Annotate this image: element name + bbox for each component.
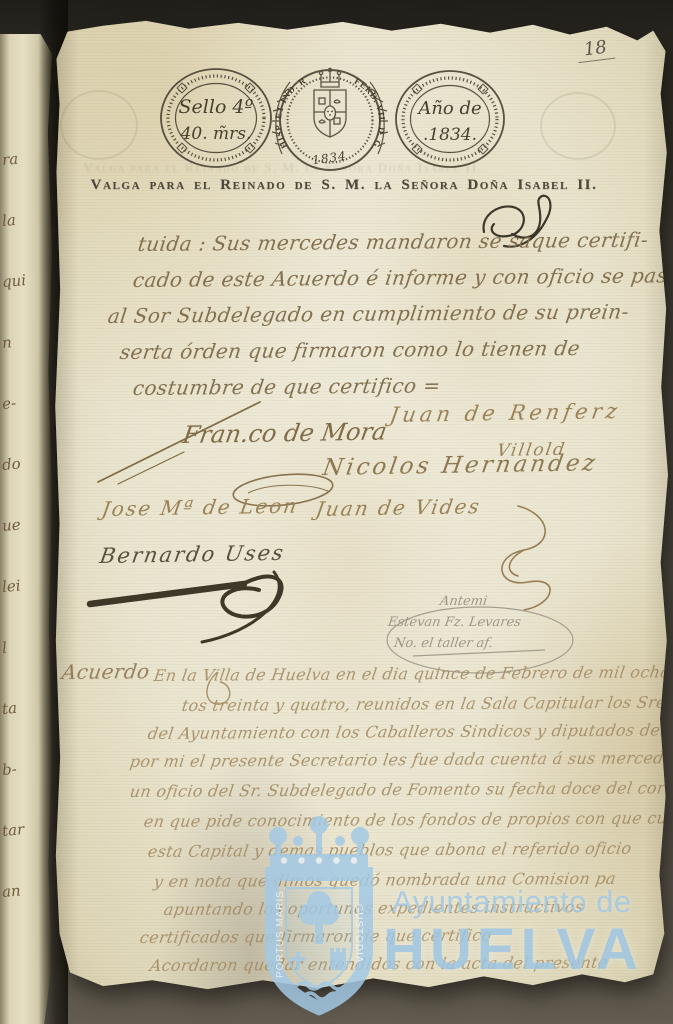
scanned-document-photo: ra la qui n e- do ue lei l ta b- tar an … bbox=[0, 0, 673, 1024]
signature-jose-maria-de-leon: Jose Mª de Leon bbox=[100, 494, 300, 521]
margin-word-acuerdo: Acuerdo bbox=[60, 659, 151, 684]
signature-francisco-de-mora: Fran.co de Mora bbox=[181, 417, 389, 449]
manuscript-page: 18 Sello 4º 40. m̃rs. bbox=[54, 16, 668, 992]
acta-line: y en nota que dimos quedó nombrada una C… bbox=[153, 869, 618, 891]
margin-fragment: e- bbox=[1, 393, 27, 413]
margin-fragment: qui bbox=[1, 271, 27, 291]
ghost-impression: Valga para el Reinado de S. M. la Señora… bbox=[68, 160, 498, 176]
manuscript-line: al Sor Subdelegado en cumplimiento de su… bbox=[106, 299, 630, 328]
svg-text:.1834.: .1834. bbox=[423, 125, 477, 145]
margin-fragment: ue bbox=[1, 515, 27, 535]
margin-fragment: b- bbox=[1, 759, 27, 779]
acta-line: En la Villa de Huelva en el dia quince d… bbox=[153, 662, 673, 685]
svg-text:40. m̃rs.: 40. m̃rs. bbox=[180, 124, 252, 144]
signature-flourish-uses bbox=[82, 552, 352, 647]
margin-fragment: do bbox=[1, 454, 27, 474]
svg-text:Año de: Año de bbox=[416, 98, 481, 119]
coat-of-arms-shield-icon bbox=[314, 90, 346, 137]
svg-text:HISP. ET IND. R.: HISP. ET IND. R. bbox=[268, 56, 308, 150]
notary-title: No. el taller af. bbox=[393, 636, 494, 651]
svg-text:Sello 4º: Sello 4º bbox=[179, 96, 254, 118]
margin-fragment: n bbox=[1, 332, 27, 352]
acta-line: en que pide conocimiento de los fondos d… bbox=[143, 808, 673, 831]
svg-text:FERD. VII. D. G.: FERD. VII. D. G. bbox=[353, 76, 387, 153]
embossed-seal-ghost bbox=[60, 90, 138, 160]
manuscript-line: tuida : Sus mercedes mandaron se saque c… bbox=[136, 228, 649, 256]
margin-fragment: la bbox=[1, 210, 27, 230]
acta-line: del Ayuntamiento con los Caballeros Sind… bbox=[147, 720, 673, 743]
embossed-seal-ghost bbox=[540, 92, 616, 160]
acta-line: Acordaron quedar entendidos con la acta … bbox=[149, 953, 610, 975]
margin-fragment: an bbox=[1, 881, 27, 901]
acta-line: un oficio del Sr. Subdelegado de Fomento… bbox=[129, 778, 673, 801]
acta-line: tos treinta y quatro, reunidos en la Sal… bbox=[181, 693, 673, 715]
stamp-sello-cuarto: Sello 4º 40. m̃rs. bbox=[158, 66, 274, 170]
page-number: 18 bbox=[576, 36, 615, 63]
margin-fragment: lei bbox=[1, 576, 27, 596]
margin-fragment: ra bbox=[1, 149, 27, 169]
acta-line: apuntando los oportunos expedientes inst… bbox=[163, 897, 585, 919]
manuscript-line: serta órden que firmaron como lo tienen … bbox=[118, 336, 581, 364]
margin-fragment: l bbox=[1, 637, 27, 657]
signature-nicolos-hernandez: Nicolos Hernandez bbox=[321, 450, 600, 481]
acta-line: certificados que firmaron de que certifi… bbox=[139, 926, 494, 947]
stamp-ano-1834: Año de .1834. bbox=[394, 68, 506, 170]
manuscript-line: cado de este Acuerdo é informe y con ofi… bbox=[131, 263, 673, 292]
previous-page-text-fragments: ra la qui n e- do ue lei l ta b- tar an bbox=[2, 150, 26, 900]
acta-line: por mi el presente Secretario les fue da… bbox=[129, 748, 673, 771]
margin-fragment: tar bbox=[1, 820, 27, 840]
notary-name: Estevan Fz. Levares bbox=[387, 615, 522, 630]
notary-ante-mi: Antemi bbox=[439, 594, 488, 609]
signature-juan-de-vides: Juan de Vides bbox=[314, 494, 483, 521]
signature-juan-de-renferz: Juan de Renferz bbox=[388, 399, 623, 427]
paper-sheet: 18 Sello 4º 40. m̃rs. bbox=[54, 16, 668, 992]
acta-line: esta Capital y demas pueblos que abona e… bbox=[147, 839, 633, 861]
margin-fragment: ta bbox=[1, 698, 27, 718]
